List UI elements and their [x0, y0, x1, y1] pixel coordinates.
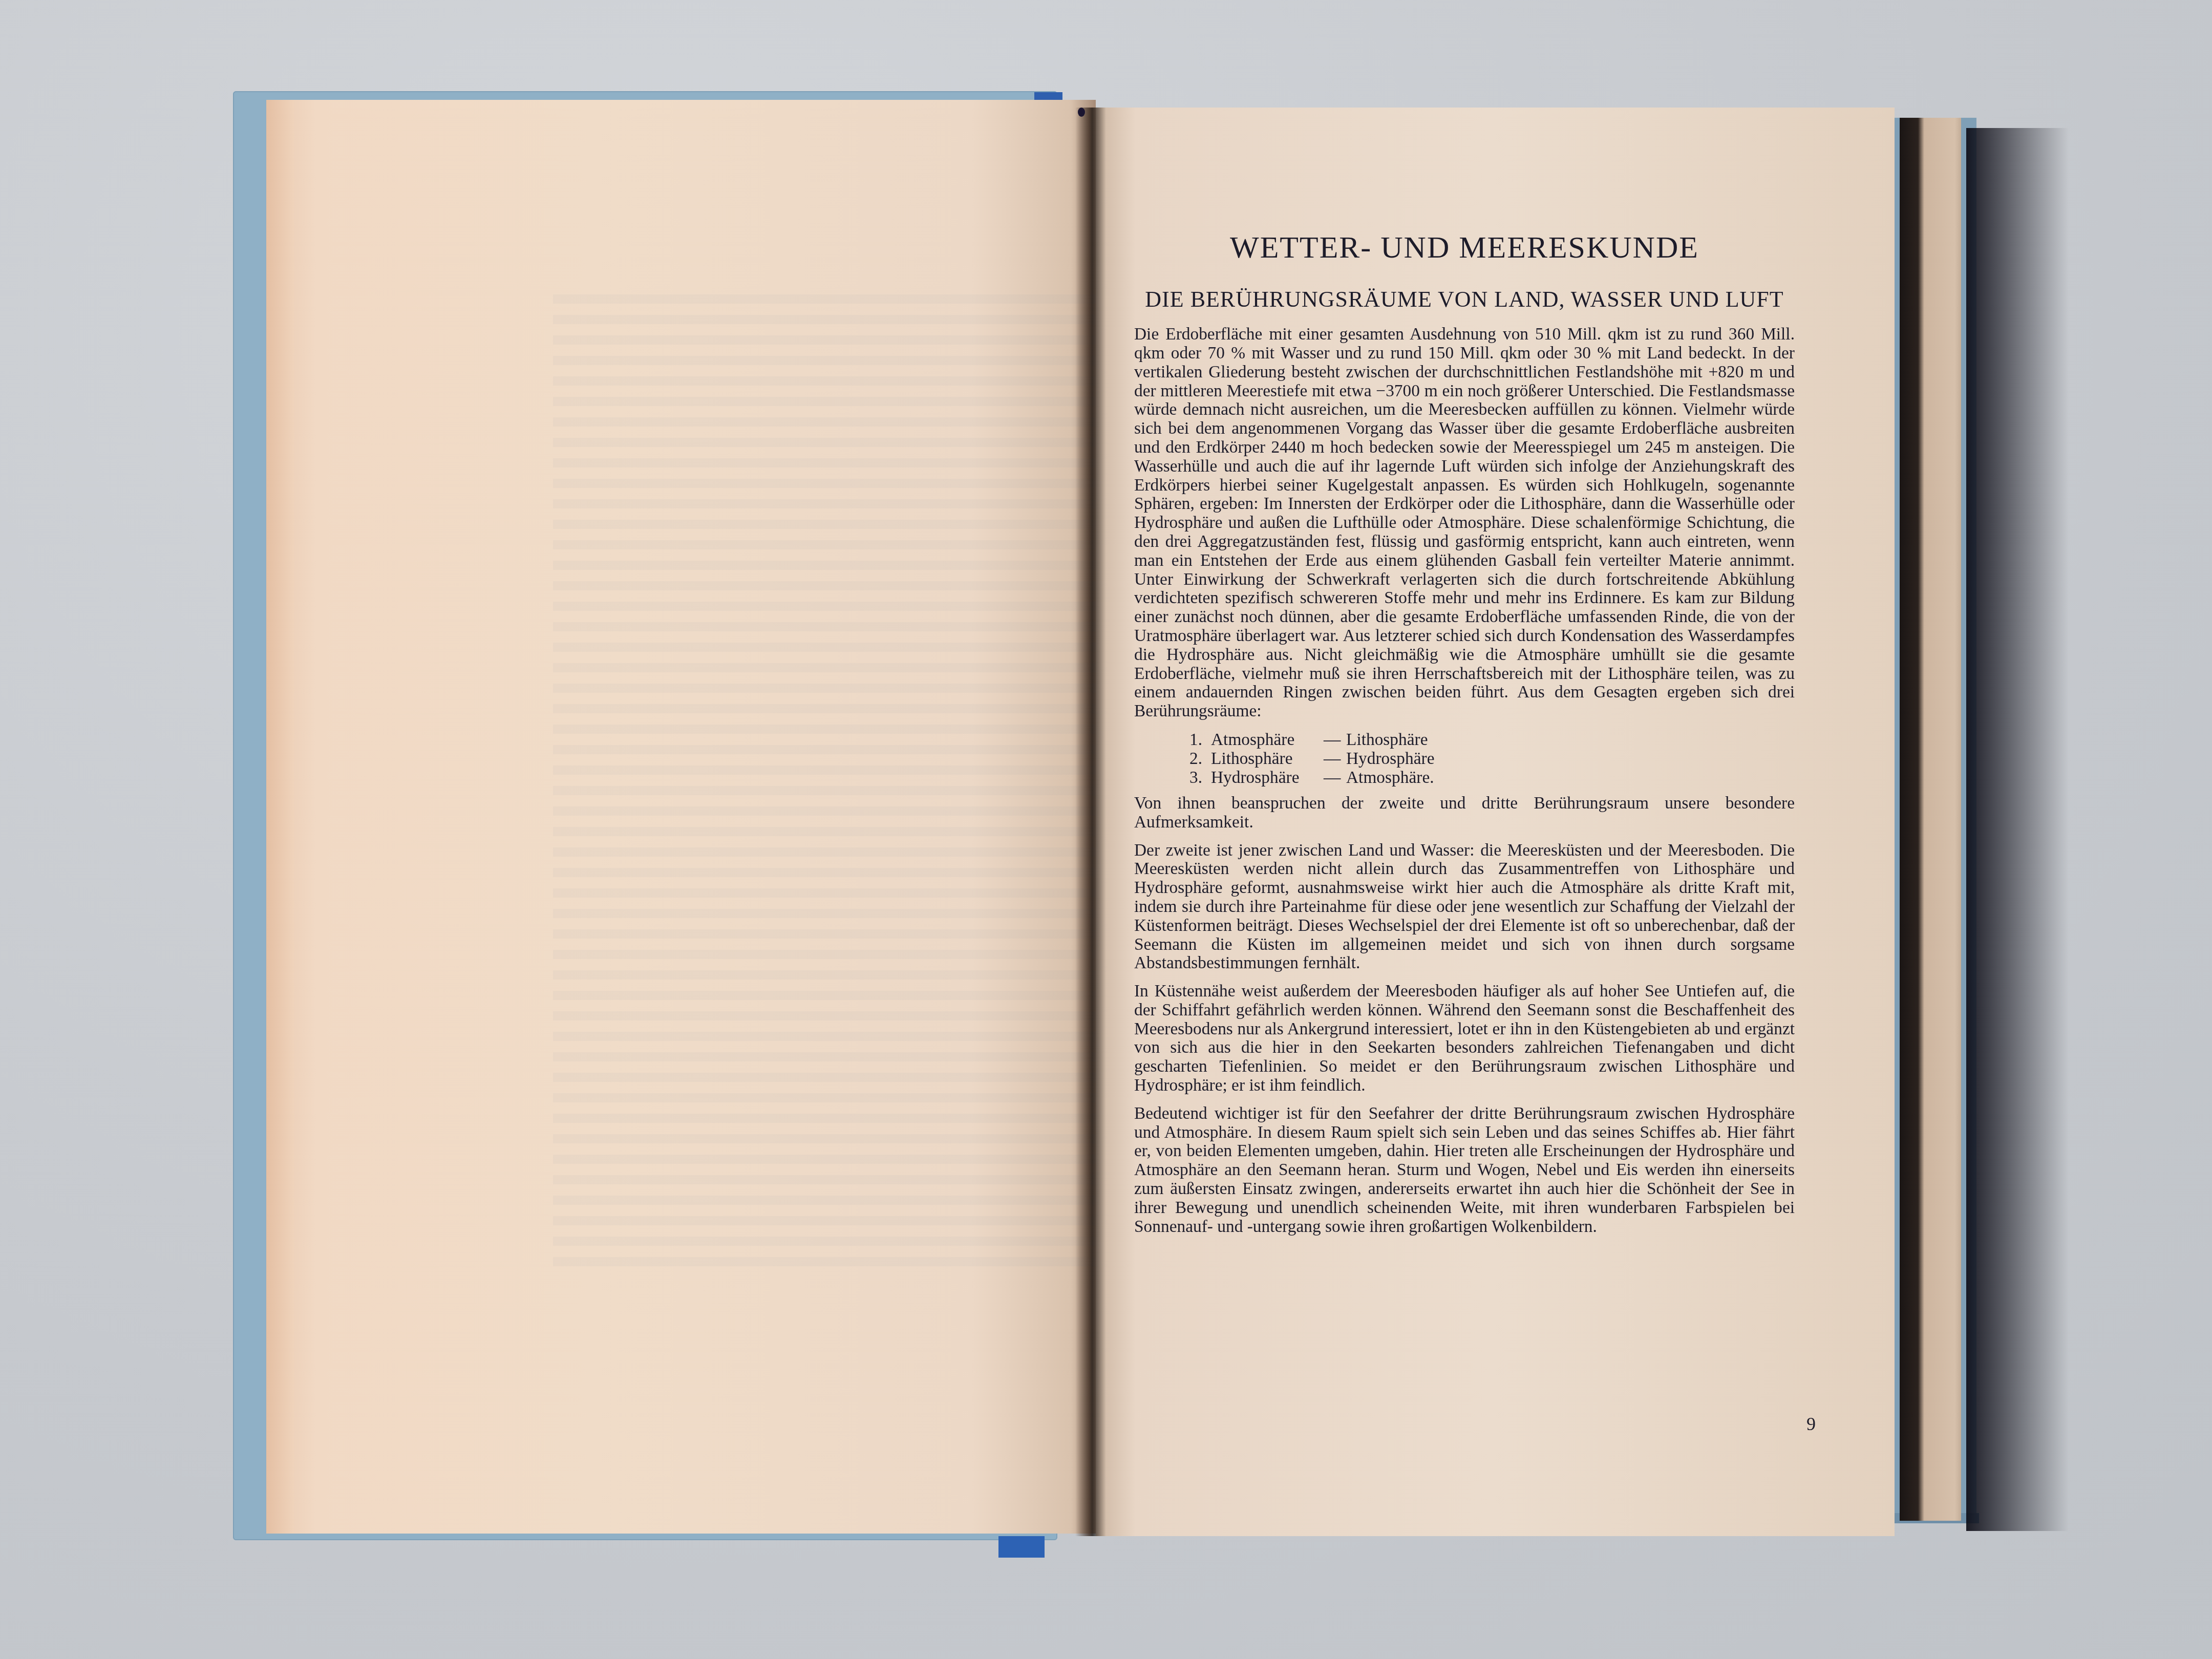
- list-item: 3. Hydrosphäre — Atmosphäre.: [1189, 768, 1795, 787]
- list-item: 2. Lithosphäre — Hydrosphäre: [1189, 749, 1795, 768]
- paragraph-4: In Küstennähe weist außerdem der Meeresb…: [1134, 982, 1795, 1095]
- right-page-text: WETTER- UND MEERESKUNDE DIE BERÜHRUNGSRÄ…: [1134, 230, 1795, 1245]
- paragraph-2: Von ihnen beanspruchen der zweite und dr…: [1134, 794, 1795, 832]
- paragraph-3: Der zweite ist jener zwischen Land und W…: [1134, 841, 1795, 973]
- paragraph-1: Die Erdoberfläche mit einer gesamten Aus…: [1134, 325, 1795, 721]
- book-shadow: [1966, 128, 2069, 1531]
- headband-bottom: [998, 1536, 1045, 1558]
- list-item: 1. Atmosphäre — Lithosphäre: [1189, 730, 1795, 749]
- binding-hole: [1078, 108, 1085, 117]
- section-title: DIE BERÜHRUNGSRÄUME VON LAND, WASSER UND…: [1134, 285, 1795, 314]
- page-number: 9: [1806, 1413, 1816, 1435]
- chapter-title: WETTER- UND MEERESKUNDE: [1134, 230, 1795, 264]
- gutter: [1075, 108, 1106, 1536]
- paragraph-5: Bedeutend wichtiger ist für den Seefahre…: [1134, 1104, 1795, 1237]
- page-block-edge: [1900, 118, 1961, 1521]
- left-page[interactable]: [266, 100, 1096, 1534]
- contact-zones-list: 1. Atmosphäre — Lithosphäre 2. Lithosphä…: [1189, 730, 1795, 787]
